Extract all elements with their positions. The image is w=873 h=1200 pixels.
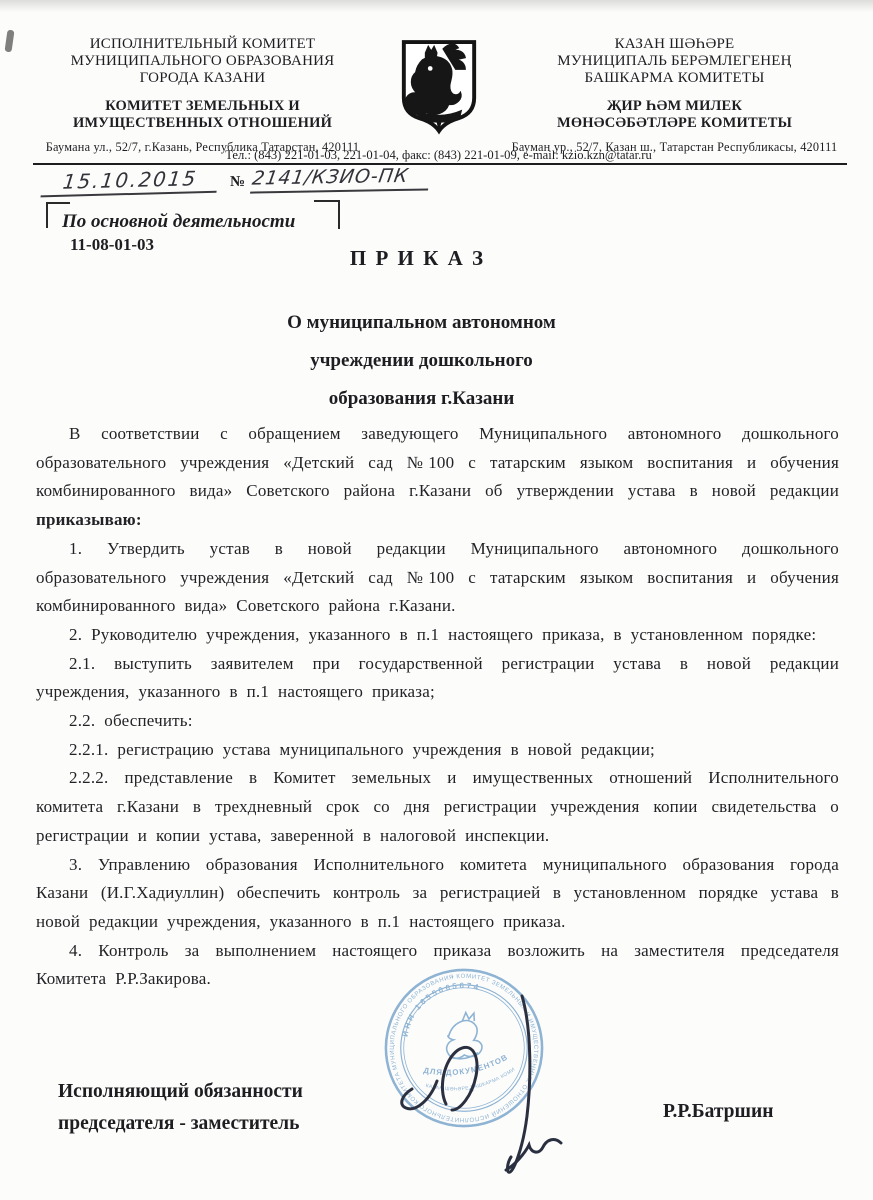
- committee-name-line: МӨНӘСӘБӘТЛӘРЕ КОМИТЕТЫ: [502, 115, 847, 132]
- order-item: 2.2.2. представление в Комитет земельных…: [36, 764, 839, 850]
- org-name-line: ГОРОДА КАЗАНИ: [30, 70, 375, 87]
- letterhead-right-tatar: КАЗАН ШӘҺӘРЕ МУНИЦИПАЛЬ БЕРӘМЛЕГЕНЕҢ БАШ…: [502, 36, 847, 154]
- committee-name-line: ИМУЩЕСТВЕННЫХ ОТНОШЕНИЙ: [30, 115, 375, 132]
- contact-line: Тел.: (843) 221-01-03, 221-01-04, факс: …: [30, 148, 847, 163]
- order-item: 2.1. выступить заявителем при государств…: [36, 650, 839, 707]
- handwritten-signature: [394, 984, 589, 1196]
- handwritten-date: 15.10.2015: [40, 166, 219, 198]
- intro-text: В соответствии с обращением заведующего …: [36, 424, 839, 500]
- org-name-line: МУНИЦИПАЛЬНОГО ОБРАЗОВАНИЯ: [30, 53, 375, 70]
- classification-line: По основной деятельности: [62, 211, 295, 233]
- intro-paragraph: В соответствии с обращением заведующего …: [36, 420, 839, 535]
- order-title-line: образования г.Казани: [0, 380, 843, 418]
- order-item: 2. Руководителю учреждения, указанного в…: [36, 621, 839, 650]
- order-title: О муниципальном автономном учреждении до…: [0, 304, 843, 418]
- org-name-line: БАШКАРМА КОМИТЕТЫ: [502, 70, 847, 87]
- order-body: В соответствии с обращением заведующего …: [36, 420, 839, 994]
- corner-bracket-right: [314, 200, 340, 229]
- order-title-line: учреждении дошкольного: [0, 342, 843, 380]
- order-item: 2.2.1. регистрацию устава муниципального…: [36, 736, 839, 765]
- handwritten-document-number: 2141/КЗИО-ПК: [250, 164, 432, 193]
- order-heading: П Р И К А З: [0, 246, 835, 271]
- number-sign: №: [230, 174, 245, 191]
- signer-position-line: Исполняющий обязанности: [58, 1076, 303, 1108]
- header-separator-rule: [33, 163, 847, 165]
- scan-smudge-artifact: [5, 30, 15, 53]
- kazan-coat-of-arms-icon: [397, 36, 481, 138]
- signer-name: Р.Р.Батршин: [663, 1101, 773, 1123]
- order-item: 3. Управлению образования Исполнительног…: [36, 851, 839, 937]
- org-name-line: МУНИЦИПАЛЬ БЕРӘМЛЕГЕНЕҢ: [502, 53, 847, 70]
- letterhead-left-russian: ИСПОЛНИТЕЛЬНЫЙ КОМИТЕТ МУНИЦИПАЛЬНОГО ОБ…: [30, 36, 375, 154]
- org-name-line: ИСПОЛНИТЕЛЬНЫЙ КОМИТЕТ: [30, 36, 375, 53]
- letterhead: ИСПОЛНИТЕЛЬНЫЙ КОМИТЕТ МУНИЦИПАЛЬНОГО ОБ…: [30, 36, 847, 154]
- scanned-document-page: ИСПОЛНИТЕЛЬНЫЙ КОМИТЕТ МУНИЦИПАЛЬНОГО ОБ…: [0, 0, 873, 1200]
- committee-name-line: КОМИТЕТ ЗЕМЕЛЬНЫХ И: [30, 98, 375, 115]
- order-item: 1. Утвердить устав в новой редакции Муни…: [36, 535, 839, 621]
- intro-bold-word: приказываю:: [36, 510, 142, 529]
- scan-edge-artifact: [0, 0, 873, 12]
- emblem-container: [391, 36, 487, 154]
- order-title-line: О муниципальном автономном: [0, 304, 843, 342]
- order-item: 2.2. обеспечить:: [36, 707, 839, 736]
- signer-position-line: председателя - заместитель: [58, 1108, 303, 1140]
- org-name-line: КАЗАН ШӘҺӘРЕ: [502, 36, 847, 53]
- committee-name-line: ҖИР ҺӘМ МИЛЕК: [502, 98, 847, 115]
- signer-position: Исполняющий обязанности председателя - з…: [58, 1076, 303, 1140]
